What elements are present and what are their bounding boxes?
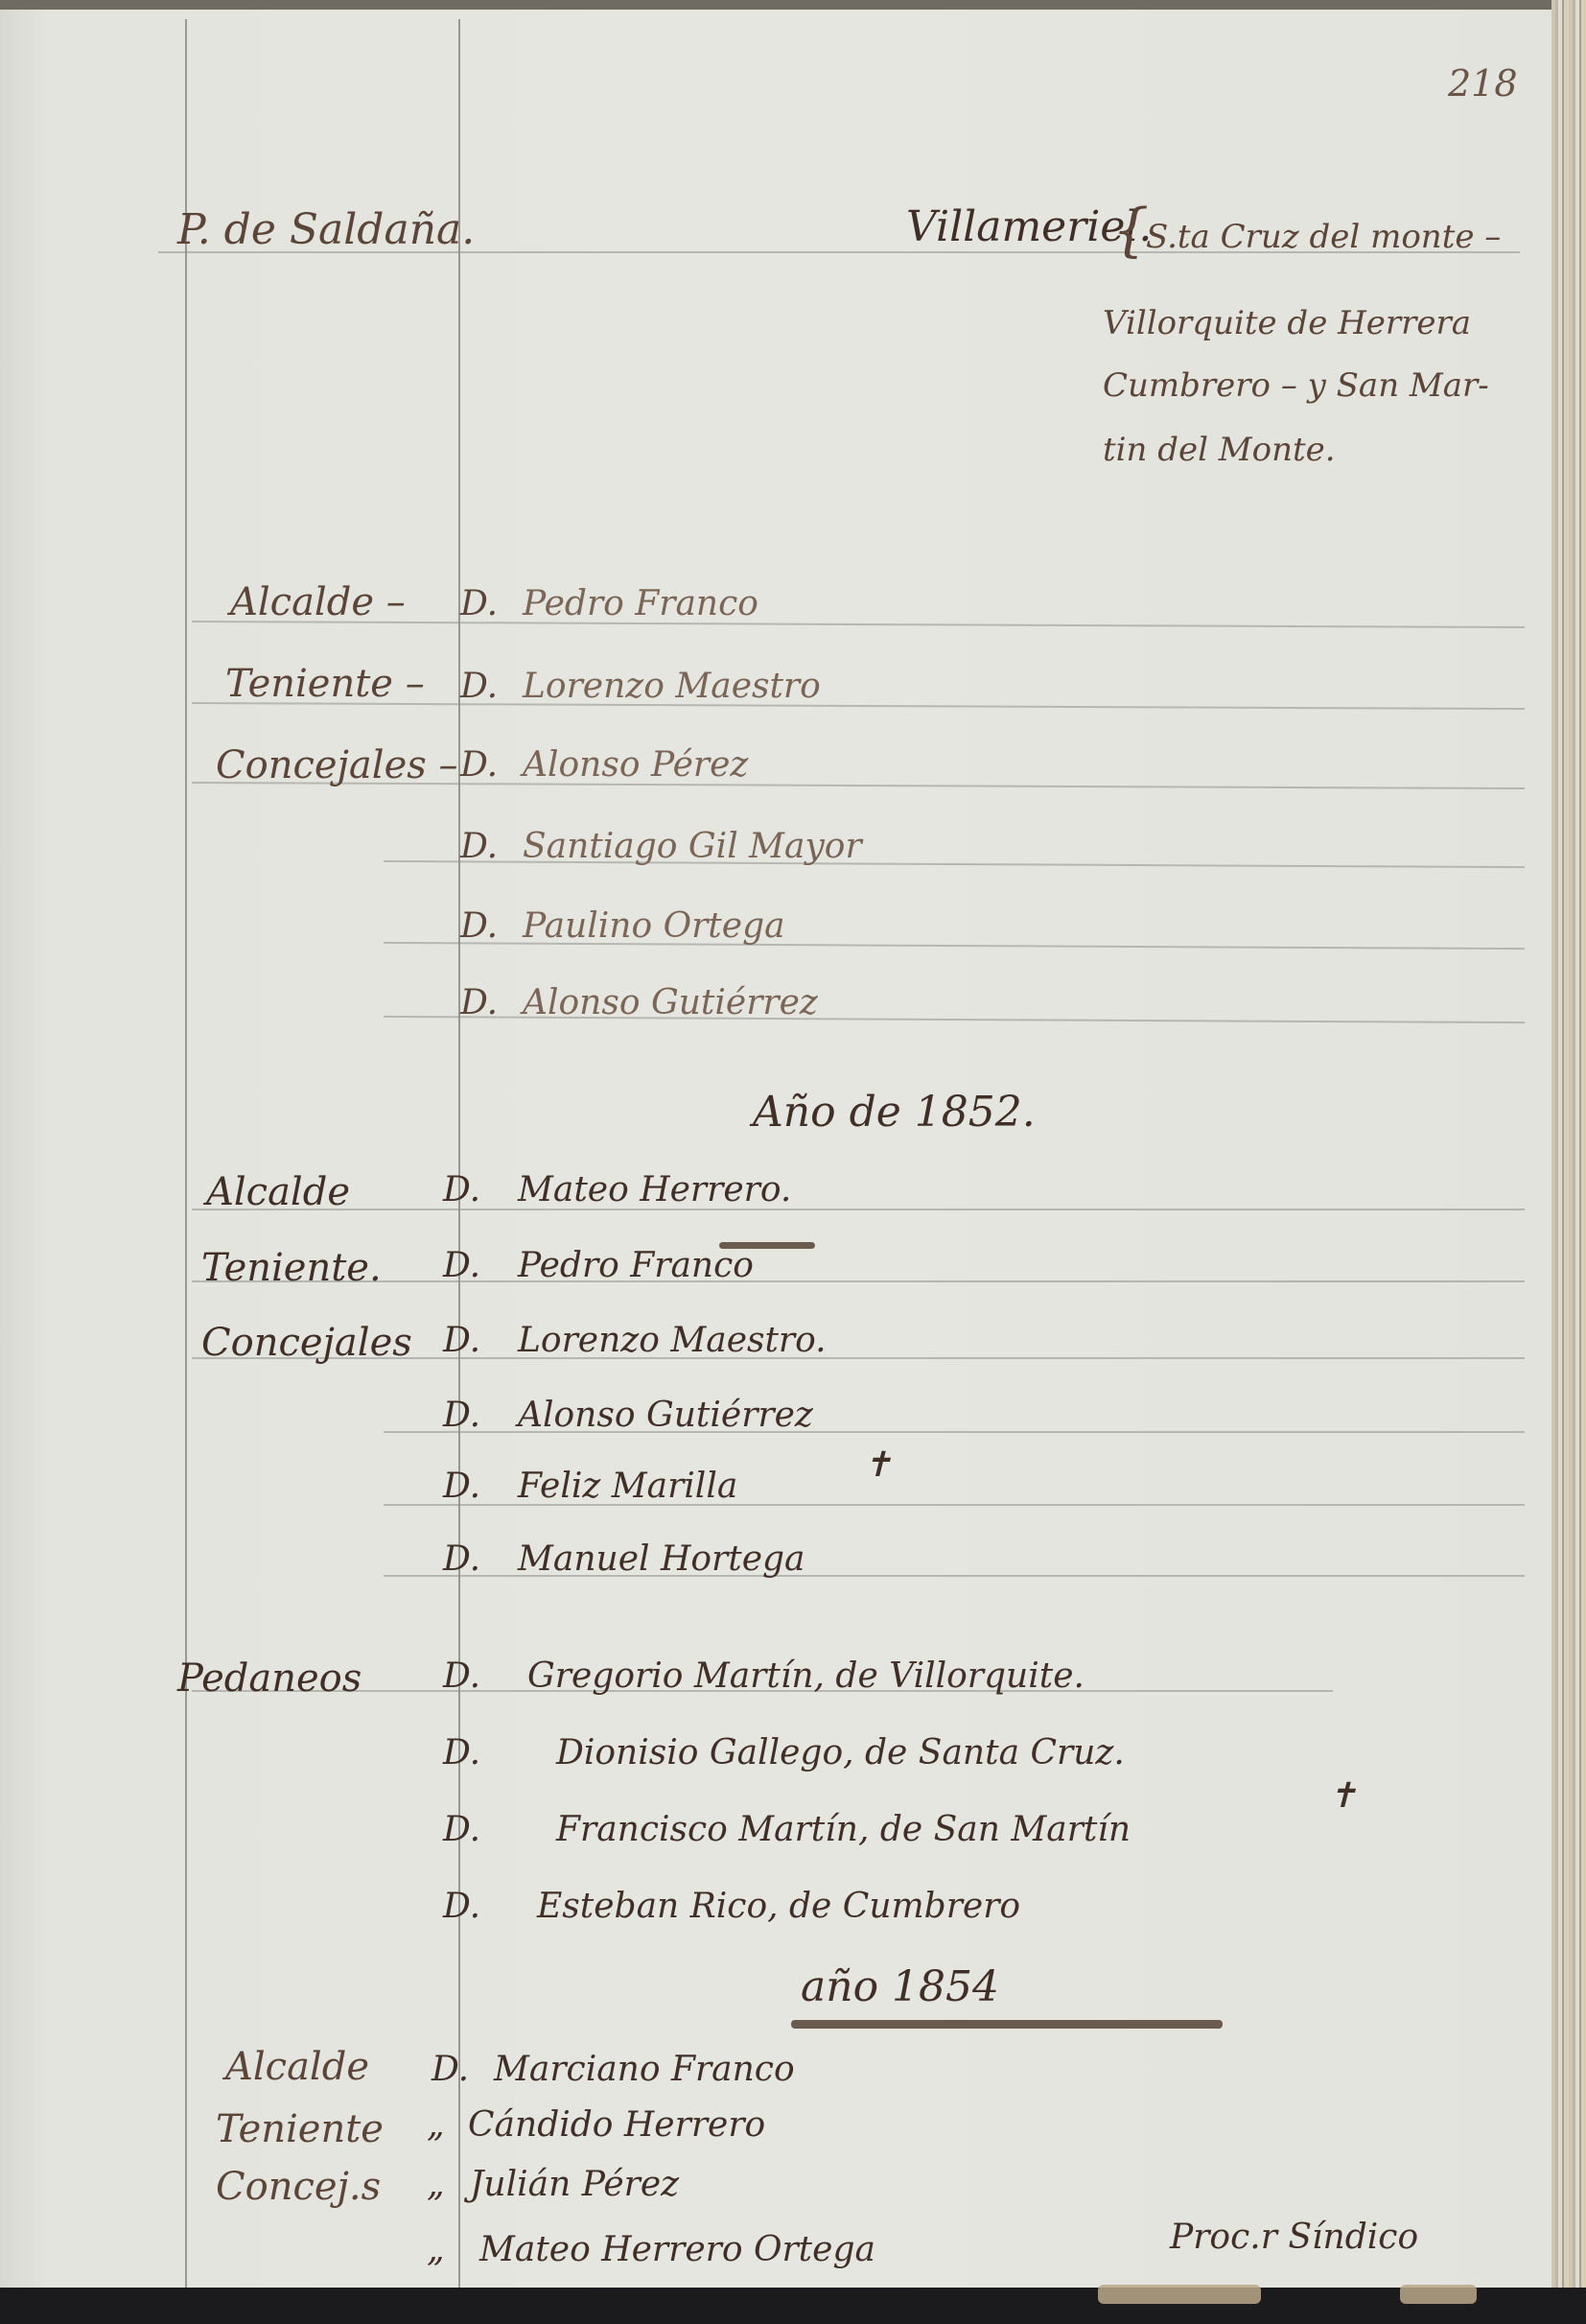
- role-note: Proc.r Síndico: [1170, 2220, 1418, 2255]
- name-prefix: D.: [443, 1659, 480, 1694]
- ruled-line: [192, 1209, 1525, 1210]
- member-name: Lorenzo Maestro.: [518, 1324, 827, 1358]
- office-label: Alcalde: [225, 2048, 369, 2086]
- heading-underline: [791, 2020, 1223, 2029]
- office-label: Pedaneos: [177, 1659, 362, 1698]
- manuscript-page: 218 P. de Saldaña. Villameriel. { S.ta C…: [0, 0, 1555, 2292]
- scan-background: [0, 2288, 1586, 2324]
- name-prefix: D.: [443, 1813, 480, 1847]
- member-name: Marciano Franco: [494, 2053, 795, 2087]
- member-name: Mateo Herrero.: [518, 1173, 791, 1208]
- member-name: Lorenzo Maestro: [523, 669, 821, 704]
- name-prefix: D.: [460, 748, 498, 783]
- name-prefix: D.: [460, 587, 498, 622]
- member-name: Mateo Herrero Ortega: [479, 2233, 875, 2267]
- year-heading-1854: año 1854: [801, 1966, 999, 2008]
- name-prefix: D.: [443, 1249, 480, 1283]
- name-prefix: „: [427, 2233, 445, 2267]
- name-prefix: D.: [460, 669, 498, 704]
- office-label: Concej.s: [216, 2168, 381, 2206]
- member-name: Cándido Herrero: [468, 2108, 765, 2143]
- member-name: Francisco Martín, de San Martín: [556, 1813, 1131, 1847]
- member-name: Julián Pérez: [470, 2168, 679, 2202]
- name-prefix: D.: [443, 1398, 480, 1433]
- paper-fragment: [1400, 2285, 1477, 2304]
- name-prefix: D.: [443, 1736, 480, 1771]
- cross-mark-icon: ✝: [863, 1448, 892, 1483]
- page-number: 218: [1448, 65, 1518, 102]
- member-name: Santiago Gil Mayor: [523, 830, 862, 864]
- name-prefix: D.: [443, 1324, 480, 1358]
- member-name: Feliz Marilla: [518, 1469, 737, 1504]
- ruled-line: [192, 1280, 1525, 1282]
- member-name: Gregorio Martín, de Villorquite.: [527, 1659, 1085, 1694]
- name-prefix: D.: [460, 909, 498, 944]
- paper-fragment: [1098, 2285, 1261, 2304]
- year-heading-1852: Año de 1852.: [753, 1092, 1036, 1134]
- office-label: Teniente: [216, 2110, 384, 2148]
- name-prefix: D.: [431, 2053, 469, 2087]
- member-name: Alonso Gutiérrez: [518, 1398, 813, 1433]
- name-prefix: „: [427, 2108, 445, 2143]
- hamlet-line: Cumbrero – y San Mar-: [1103, 369, 1489, 402]
- hamlet-line: Villorquite de Herrera: [1103, 307, 1471, 340]
- member-name: Alonso Gutiérrez: [523, 986, 818, 1021]
- name-prefix: D.: [443, 1890, 480, 1924]
- brace-glyph: {: [1112, 201, 1149, 259]
- member-name: Manuel Hortega: [518, 1542, 805, 1577]
- name-prefix: „: [427, 2168, 445, 2202]
- cross-mark-icon: ✝: [1328, 1779, 1357, 1814]
- name-prefix: D.: [443, 1542, 480, 1577]
- hamlet-line: tin del Monte.: [1103, 434, 1336, 466]
- member-name: Pedro Franco: [523, 587, 758, 622]
- district-title: P. de Saldaña.: [177, 209, 475, 251]
- office-label: Concejales –: [216, 746, 457, 785]
- member-name: Alonso Pérez: [523, 748, 748, 783]
- name-prefix: D.: [460, 986, 498, 1021]
- member-name: Esteban Rico, de Cumbrero: [537, 1890, 1020, 1924]
- name-prefix: D.: [443, 1469, 480, 1504]
- office-label: Alcalde: [206, 1173, 350, 1211]
- office-label: Alcalde –: [230, 583, 406, 622]
- member-name: Paulino Ortega: [523, 909, 785, 944]
- name-prefix: D.: [443, 1173, 480, 1208]
- name-prefix: D.: [460, 830, 498, 864]
- office-label: Concejales: [201, 1324, 412, 1362]
- member-name: Pedro Franco: [518, 1249, 754, 1283]
- book-page-edges: [1551, 0, 1586, 2302]
- office-label: Teniente.: [201, 1249, 382, 1287]
- member-name: Dionisio Gallego, de Santa Cruz.: [556, 1736, 1125, 1771]
- margin-rule-left: [185, 19, 187, 2297]
- hamlet-line: S.ta Cruz del monte –: [1146, 221, 1501, 253]
- margin-rule-names: [458, 19, 460, 2297]
- office-label: Teniente –: [225, 665, 425, 703]
